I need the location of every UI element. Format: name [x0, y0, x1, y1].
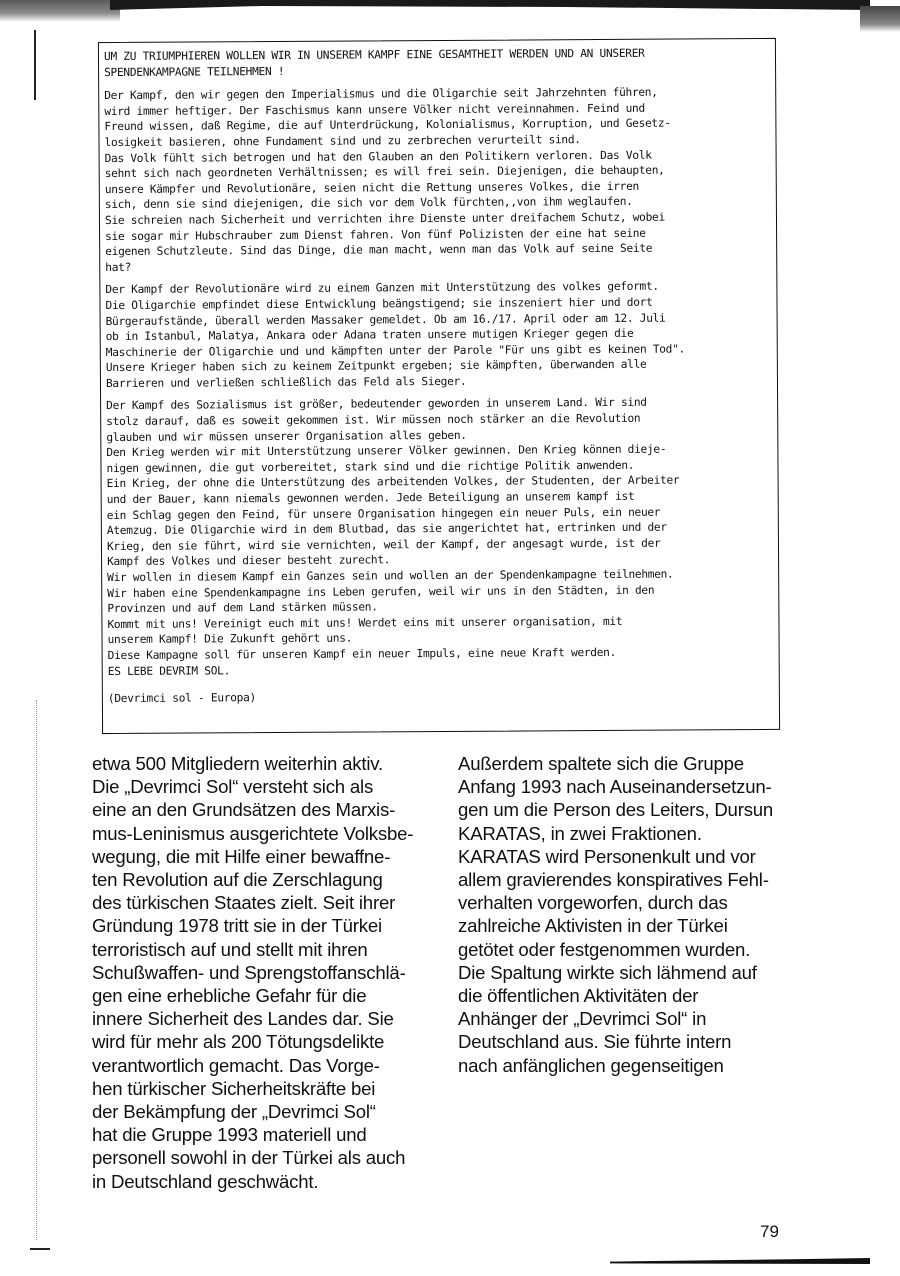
text-line: personell sowohl in der Türkei als auch: [92, 1146, 432, 1169]
text-line: nach anfänglichen gegenseitigen: [458, 1054, 798, 1077]
text-line: verantwortlich gemacht. Das Vorge-: [92, 1054, 432, 1077]
text-line: ten Revolution auf die Zerschlagung: [92, 868, 432, 891]
text-line: zahlreiche Aktivisten in der Türkei: [458, 914, 798, 937]
scan-bottom-rule: [610, 1258, 870, 1264]
text-line: wird für mehr als 200 Tötungsdelikte: [92, 1030, 432, 1053]
text-line: gen eine erhebliche Gefahr für die: [92, 984, 432, 1007]
box-headline: UM ZU TRIUMPHIEREN WOLLEN WIR IN UNSEREM…: [104, 45, 767, 80]
text-line: Barrieren und verließen schließlich das …: [106, 372, 769, 392]
box-paragraph: Der Kampf der Revolutionäre wird zu eine…: [105, 278, 769, 391]
scan-shadow-top-left: [0, 0, 120, 22]
margin-tick: [30, 1248, 50, 1250]
text-line: mus-Leninismus ausgerichtete Volksbe-: [92, 822, 432, 845]
text-line: der Bekämpfung der „Devrimci Sol“: [92, 1100, 432, 1123]
margin-mark: [34, 30, 36, 100]
box-paragraph: Der Kampf, den wir gegen den Imperialism…: [104, 84, 768, 275]
text-line: Deutschland aus. Sie führte intern: [458, 1030, 798, 1053]
text-line: in Deutschland geschwächt.: [92, 1170, 432, 1193]
page-number: 79: [760, 1222, 779, 1242]
text-line: Schußwaffen- und Sprengstoffanschlä-: [92, 961, 432, 984]
headline-line: SPENDENKAMPAGNE TEILNEHMEN !: [104, 61, 767, 81]
text-line: Anhänger der „Devrimci Sol“ in: [458, 1007, 798, 1030]
text-line: hen türkischer Sicherheitskräfte bei: [92, 1077, 432, 1100]
text-line: gen um die Person des Leiters, Dursun: [458, 798, 798, 821]
text-line: Die Spaltung wirkte sich lähmend auf: [458, 961, 798, 984]
text-line: KARATAS, in zwei Fraktionen.: [458, 822, 798, 845]
quoted-typewritten-box: UM ZU TRIUMPHIEREN WOLLEN WIR IN UNSEREM…: [98, 38, 780, 734]
text-line: die öffentlichen Aktivitäten der: [458, 984, 798, 1007]
body-column-right: Außerdem spaltete sich die Gruppe Anfang…: [458, 752, 798, 1077]
text-line: wegung, die mit Hilfe einer bewaffne-: [92, 845, 432, 868]
text-line: eine an den Grundsätzen des Marxis-: [92, 798, 432, 821]
text-line: hat die Gruppe 1993 materiell und: [92, 1123, 432, 1146]
body-column-left: etwa 500 Mitgliedern weiterhin aktiv. Di…: [92, 752, 432, 1193]
text-line: allem gravierendes konspiratives Fehl-: [458, 868, 798, 891]
text-line: Die „Devrimci Sol“ versteht sich als: [92, 775, 432, 798]
text-line: ES LEBE DEVRIM SOL.: [108, 660, 771, 680]
box-signature: (Devrimci sol - Europa): [108, 687, 771, 707]
text-line: Gründung 1978 tritt sie in der Türkei: [92, 914, 432, 937]
text-line: innere Sicherheit des Landes dar. Sie: [92, 1007, 432, 1030]
text-line: des türkischen Staates zielt. Seit ihrer: [92, 891, 432, 914]
text-line: Außerdem spaltete sich die Gruppe: [458, 752, 798, 775]
text-line: Anfang 1993 nach Auseinandersetzun-: [458, 775, 798, 798]
text-line: terroristisch auf und stellt mit ihren: [92, 938, 432, 961]
text-line: getötet oder festgenommen wurden.: [458, 938, 798, 961]
margin-dotted-line: [36, 700, 38, 1240]
box-paragraph: Der Kampf des Sozialismus ist größer, be…: [106, 394, 771, 679]
text-line: verhalten vorgeworfen, durch das: [458, 891, 798, 914]
text-line: etwa 500 Mitgliedern weiterhin aktiv.: [92, 752, 432, 775]
text-line: KARATAS wird Personenkult und vor: [458, 845, 798, 868]
scan-shadow-top-edge: [110, 0, 870, 10]
scan-shadow-top-right: [860, 6, 900, 32]
